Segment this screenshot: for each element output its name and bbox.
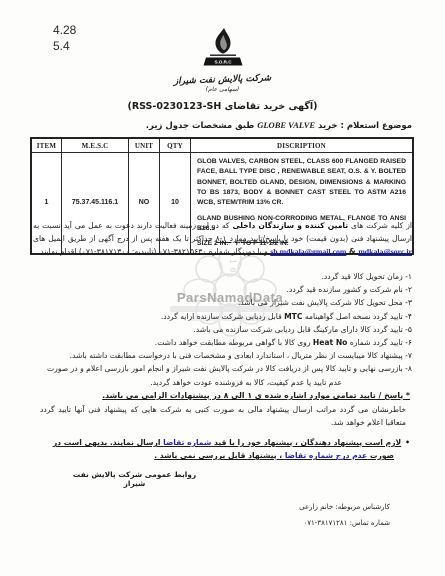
intro-text: (تاییدیه: xyxy=(129,247,158,256)
mandatory-note: * پاسخ / تایید تمامی موارد اشاره شده ی ۱… xyxy=(33,389,410,402)
list-item-2: ۲- نام شرکت و کشور سازنده قید گردد. xyxy=(33,283,412,296)
subject-suffix: طبق مشخصات جدول زیر. xyxy=(146,121,257,131)
intro-text: و یا دورنگار شماره xyxy=(206,247,270,256)
expert-name-line: کارشناس مربوطه: خانم زارعی xyxy=(299,499,390,515)
tender-document-page: 0101 010 ParsNamadData 4.28 5.4 S.O.R.C … xyxy=(0,0,445,576)
contact-block: کارشناس مربوطه: خانم زارعی شماره تماس: ۰… xyxy=(299,499,390,531)
intro-text: حداکثر تا یک هفته پس از درج آگهی از طریق… xyxy=(33,234,216,243)
email-link-gmail[interactable]: sh.mdkala@gmail.com xyxy=(270,247,346,256)
list-item-4: ۴- تایید گردد نسخه اصل گواهینامه MTC قاب… xyxy=(33,310,412,323)
heat-no-code: Heat No xyxy=(313,338,347,347)
description-paragraph-1: GLOB VALVES, CARBON STEEL, CLASS 600 FLA… xyxy=(197,157,406,209)
expert-phone-line: شماره تماس: ۰۷۱-۳۸۱۷۱۲۸۱ xyxy=(299,515,390,531)
header-unit: UNIT xyxy=(129,138,160,153)
warning-text: ، پیشنهاد قابل بررسی نمی باشد . xyxy=(154,451,285,460)
list-item-3: ۳- محل تحویل کالا شرکت پالایش نفت شیراز … xyxy=(33,296,412,309)
flame-icon: S.O.R.C xyxy=(195,28,251,70)
requisition-number-ref: شماره تقاضا xyxy=(163,438,211,447)
list-item-7: ۷- پیشنهاد کالا میبایست از نظر متریال ، … xyxy=(33,349,412,362)
intro-paragraph: از کلیه شرکت های تامین کننده و سازندگان … xyxy=(33,219,412,259)
intro-text: از کلیه شرکت های xyxy=(348,221,412,230)
list-item-6-text: روی کالا با گواهی مربوطه مطابقت خواهد دا… xyxy=(155,338,313,347)
phone-label: شماره تماس: xyxy=(347,519,390,527)
missing-number-ref: عدم درج شماره تقاضا xyxy=(285,451,367,460)
header-qty: QTY xyxy=(160,138,191,153)
subject-line: موضوع استعلام : خرید GLOBE VALVE طبق مشخ… xyxy=(146,120,412,131)
reminder-note: خاطرنشان می گردد مراتب ارسال پیشنهاد مال… xyxy=(40,403,406,429)
intro-underlined-range: یا پاسخ/تایید موارد ۱-۸ xyxy=(216,234,289,243)
table-header-row: ITEM M.E.S.C UNIT QTY DISCRIPTION xyxy=(31,138,413,153)
public-relations-signature: روابط عمومی شرکت پالایش نفت شیراز xyxy=(62,470,207,488)
fax-number: ۰۷۱-۳۸۲۱۵۶۳۰ xyxy=(159,247,207,256)
subject-item: GLOBE VALVE xyxy=(257,120,315,130)
list-item-4-text: ۴- تایید گردد نسخه اصل گواهینامه xyxy=(302,312,412,321)
phone-number: ۰۷۱-۳۸۱۷۱۲۸۱ xyxy=(304,519,348,527)
header-mesc: M.E.S.C xyxy=(62,138,129,153)
list-item-6: ۶- تایید گردد شماره Heat No روی کالا با … xyxy=(33,336,412,349)
bullet-icon: • xyxy=(401,438,410,447)
email-link-sorc[interactable]: mdkala@sorc.ir xyxy=(358,247,412,256)
list-item-8: ۸- بازرسی نهایی و تایید کالا پس از دریاف… xyxy=(33,362,412,388)
list-item-5: ۵- تایید گردد کالا دارای مارکینگ قابل رد… xyxy=(33,323,412,336)
subject-prefix: موضوع استعلام : خرید xyxy=(315,121,412,131)
warning-text: لازم است پیشنهاد دهندگان ، پیشنهاد خود ر… xyxy=(211,438,401,447)
intro-text: ) اقدام نمایند. xyxy=(38,247,82,256)
list-item-1: ۱- زمان تحویل کالا قید گردد. xyxy=(33,270,412,283)
conditions-list: ۱- زمان تحویل کالا قید گردد. ۲- نام شرکت… xyxy=(33,270,412,389)
confirmation-number: ۰۷۱-۳۸۱۷۱۳۰۰ xyxy=(82,247,130,256)
requisition-warning: •لازم است پیشنهاد دهندگان ، پیشنهاد خود … xyxy=(33,436,410,462)
logo-acronym: S.O.R.C xyxy=(214,60,232,65)
intro-bold-suppliers: تامین کننده و سازندگان داخلی xyxy=(232,221,348,230)
ampersand: & xyxy=(346,247,358,256)
list-item-4-text: قابل ردیابی شرکت سازنده ارایه گردد. xyxy=(161,312,284,321)
company-logo: S.O.R.C شرکت پالایش نفت شیراز (سهامی عام… xyxy=(0,28,445,93)
mtc-code: MTC xyxy=(284,312,302,321)
doc-title: (آگهی خرید تقاضای RSS-0230123-SH) xyxy=(0,101,445,112)
header-item: ITEM xyxy=(31,138,62,153)
header-description: DISCRIPTION xyxy=(191,138,414,153)
list-item-6-text: ۶- تایید گردد شماره xyxy=(347,338,412,347)
